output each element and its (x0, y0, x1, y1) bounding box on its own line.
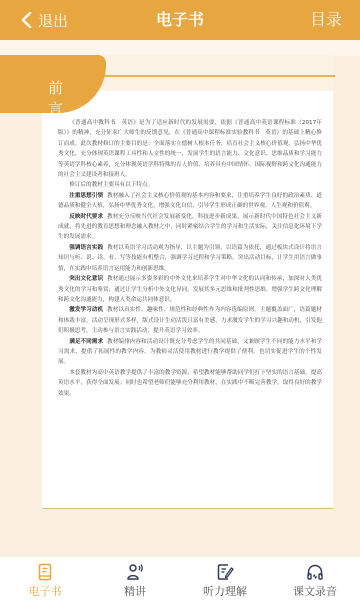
paragraph-lead: 强调语言实践 (69, 245, 103, 251)
book-icon (36, 563, 54, 581)
paragraph-lead: 注重思想引领 (69, 193, 103, 199)
section-title: 前 言 (48, 77, 106, 119)
paragraph: 修订后的教材主要具有以下特点。 (58, 180, 322, 190)
paragraph: 反映时代要求教材充分反映当代社会发展新变化、科技进步新成果，展示新时代中国特色社… (58, 212, 322, 243)
tab-label: 精讲 (124, 583, 146, 599)
tab-label: 听力理解 (203, 583, 247, 599)
paragraph: 注重思想引领教材融入了社会主义核心价值观的基本内容和要求，注重培养学生良好的政治… (58, 191, 322, 212)
bottom-tab-bar: 电子书 精讲 听力理解 课文录音 (0, 556, 360, 600)
page-content: 《普通高中教科书 英语》是为了适应新时代的发展需要，依据《普通高中英语课程标准（… (58, 118, 322, 399)
toc-button[interactable]: 目录 (310, 0, 342, 40)
paragraph: 《普通高中教科书 英语》是为了适应新时代的发展需要，依据《普通高中英语课程标准（… (58, 118, 322, 180)
tab-listening[interactable]: 听力理解 (180, 557, 270, 600)
section-title-badge: 前 言 (0, 55, 106, 113)
top-strip (0, 40, 360, 56)
back-button[interactable]: 退出 (20, 0, 68, 40)
paragraph: 激发学习动机教材以真实性、趣味性、规范性和经典性作为内容选编原则，主题覆盖面广，… (58, 305, 322, 336)
tab-lecture[interactable]: 精讲 (90, 557, 180, 600)
reader-area[interactable]: 前 言 《普通高中教科书 英语》是为了适应新时代的发展需要，依据《普通高中英语课… (0, 40, 360, 556)
paragraph: 突出文化意识教材通过展示多姿多彩的中外文化来培养学生对中华文化的认同和传承，加深… (58, 274, 322, 305)
paragraph-lead: 满足不同需求 (69, 339, 103, 345)
paragraph-lead: 激发学习动机 (69, 307, 103, 313)
edit-note-icon (216, 563, 234, 581)
chevron-left-icon (20, 12, 34, 28)
paragraph: 强调语言实践教材以英语学习活动观为指导，以主题为引领，以语篇为依托，通过板块式设… (58, 243, 322, 274)
headphones-icon (306, 563, 324, 581)
paragraph: 本套教材为高中英语教学提供了丰富的教学资源。希望教材能够帮助同学们打下坚实的语言… (58, 368, 322, 399)
tab-label: 课文录音 (293, 583, 337, 599)
speaker-person-icon (126, 563, 144, 581)
paragraph: 满足不同需求教材编排内容和活动设计既充分考虑学生的共同基础，又兼顾学生不同的能力… (58, 337, 322, 368)
paragraph-lead: 反映时代要求 (69, 214, 103, 220)
tab-recording[interactable]: 课文录音 (270, 557, 360, 600)
tab-label: 电子书 (29, 583, 62, 599)
back-label: 退出 (38, 10, 68, 31)
paragraph-lead: 突出文化意识 (69, 276, 103, 282)
top-nav-bar: 退出 电子书 目录 (0, 0, 360, 40)
tab-ebook[interactable]: 电子书 (0, 557, 90, 600)
